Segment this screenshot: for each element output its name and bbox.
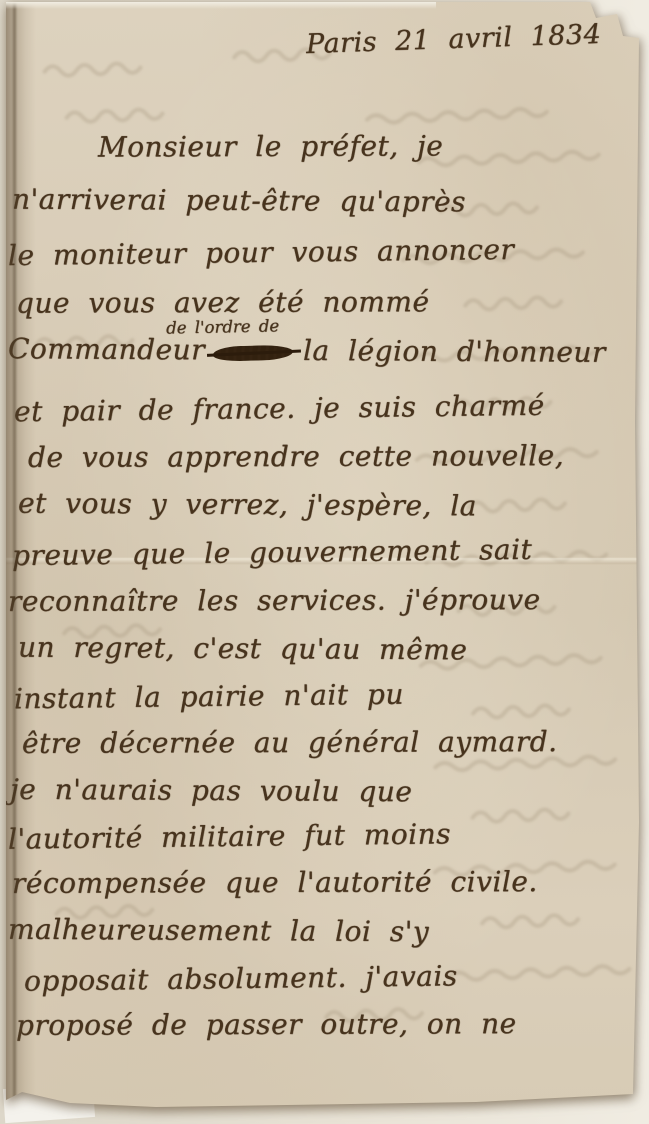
letter-line-with-insertion: Commandeurde l'ordre dela légion d'honne… [8, 332, 606, 369]
binding-edge-line [13, 2, 16, 1110]
letter-line: et vous y verrez, j'espère, la [18, 487, 477, 523]
letter-line: un regret, c'est qu'au même [18, 631, 468, 667]
letter-line: de vous apprendre cette nouvelle, [28, 439, 564, 474]
letter-line: je n'aurais pas voulu que [10, 773, 413, 808]
letter-line: preuve que le gouvernement sait [12, 533, 533, 572]
letter-line: Monsieur le préfet, je [98, 129, 443, 163]
letter-sheet-wrap: Paris 21 avril 1834 Monsieur le préfet, … [6, 2, 640, 1110]
letter-line: et pair de france. je suis charmé [14, 389, 545, 428]
letter-line-text: la légion d'honneur [303, 334, 606, 369]
letter-line: l'autorité militaire fut moins [8, 817, 451, 855]
letter-line: reconnaître les services. j'éprouve [8, 583, 541, 618]
interlinear-insertion: de l'ordre de [166, 316, 279, 337]
letter-sheet: Paris 21 avril 1834 Monsieur le préfet, … [6, 2, 640, 1110]
crossed-out-word [213, 345, 293, 362]
letter-line: que vous avez été nommé [16, 285, 430, 319]
letter-line: être décernée au général aymard. [22, 725, 558, 760]
binding-gutter-shadow [6, 2, 36, 1110]
album-page: Paris 21 avril 1834 Monsieur le préfet, … [0, 0, 649, 1124]
letter-line: instant la pairie n'ait pu [14, 678, 404, 716]
letter-line: opposait absolument. j'avais [24, 959, 458, 997]
letter-line: le moniteur pour vous annoncer [8, 233, 515, 272]
letter-line: proposé de passer outre, on ne [16, 1007, 517, 1042]
album-top-strip [6, 2, 436, 9]
letter-line: malheureusement la loi s'y [8, 913, 429, 949]
letter-line: récompensée que l'autorité civile. [12, 865, 538, 900]
letter-line: n'arriverai peut-être qu'après [12, 183, 466, 219]
